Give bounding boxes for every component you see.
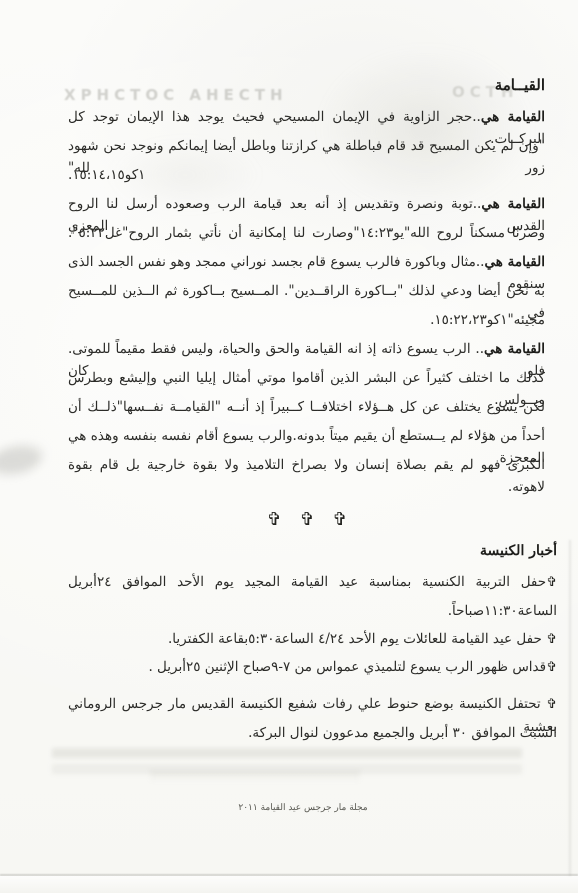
news-item-line: ✞ تحتفل الكنيسة بوضع حنوط علي رفات شفيع …	[68, 693, 557, 717]
cross-bullet-icon: ✞	[546, 660, 557, 675]
paragraph-line: أحداً من هؤلاء لم يــستطع أن يقيم ميتاً …	[68, 425, 545, 449]
paragraph-line: القيامة هي..توبة ونصرة وتقديس إذ أنه بعد…	[68, 193, 545, 217]
bleedthrough-bottom-smudge	[150, 770, 360, 782]
paper-right-edge	[569, 540, 571, 876]
verse-reference-line: ١كو١٥:١٤،١٥.	[68, 164, 545, 188]
paragraph-lead: القيامة هي	[481, 196, 545, 212]
verse-reference: ١كو١٥:١٤،١٥.	[68, 167, 145, 183]
paragraph-line: "وإن لم يكن المسيح قد قام فباطلة هي كراز…	[68, 135, 545, 159]
bleedthrough-coptic-text: ХРНСТОС АНЕСТН	[64, 86, 324, 104]
cross-bullet-icon: ✞	[546, 697, 557, 712]
paragraph-line: به نحن أيضا ودعي لذلك "بــاكورة الراقــد…	[68, 280, 545, 304]
news-item-text: السبت الموافق ٣٠ أبريل والجميع مدعوون لن…	[248, 725, 557, 741]
news-item-text: الساعة١١:٣٠صباحاً.	[448, 603, 557, 619]
paragraph-lead: القيامة هي	[481, 109, 545, 125]
cross-bullet-icon: ✞	[546, 632, 557, 647]
paragraph-line: القيامة هي..مثال وباكورة فالرب يسوع قام …	[68, 251, 545, 275]
paragraph-line: وصرنا مسكناً لروح الله"يو١٤:٢٣"وصارت لنا…	[68, 222, 545, 246]
paragraph-lead: القيامة هي	[484, 254, 545, 270]
paragraph-line: لكن يسوع يختلف عن كل هــؤلاء اختلافــا ك…	[68, 396, 545, 420]
footer-caption: مجلة مار جرجس عيد القيامة ٢٠١١	[14, 803, 578, 813]
news-item-line: السبت الموافق ٣٠ أبريل والجميع مدعوون لن…	[68, 722, 557, 746]
verse-reference: مجيئه"١كو١٥:٢٢،٢٣.	[430, 312, 545, 328]
paper-crease-mark	[0, 442, 42, 477]
scanned-bulletin-page: ХРНСТОС АНЕСТН ОСТН القيــامة القيامة هي…	[0, 0, 578, 893]
news-item-line: الساعة١١:٣٠صباحاً.	[68, 600, 557, 624]
news-item-text: قداس ظهور الرب يسوع لتلميذي عمواس من ٧-٩…	[148, 659, 546, 675]
paragraph-lead: القيامة هي	[484, 341, 545, 357]
verse-reference-line: مجيئه"١كو١٥:٢٢،٢٣.	[68, 309, 545, 333]
triple-cross-separator-icon: ✞ ✞ ✞	[0, 509, 578, 530]
scan-background-strip	[0, 876, 578, 893]
news-item-line: ✞قداس ظهور الرب يسوع لتلميذي عمواس من ٧-…	[68, 656, 557, 680]
news-section-heading: أخبار الكنيسة	[480, 543, 557, 559]
paragraph-text: لكن يسوع يختلف عن كل هــؤلاء اختلافــا ك…	[68, 399, 545, 415]
paragraph-line: الكبرى فهو لم يقم بصلاة إنسان ولا بصراخ …	[68, 454, 545, 478]
paragraph-text: وصرنا مسكناً لروح الله"يو١٤:٢٣"وصارت لنا…	[68, 225, 545, 241]
news-item-text: حفل التربية الكنسية بمناسبة عيد القيامة …	[68, 574, 546, 590]
article-title: القيــامة	[495, 76, 545, 94]
news-item-text: حفل عيد القيامة للعائلات يوم الأحد ٤/٢٤ …	[168, 631, 542, 647]
news-item-line: ✞ حفل عيد القيامة للعائلات يوم الأحد ٤/٢…	[68, 628, 557, 652]
paragraph-text: الكبرى فهو لم يقم بصلاة إنسان ولا بصراخ …	[68, 457, 545, 495]
cross-bullet-icon: ✞	[546, 575, 557, 590]
paragraph-line: كذلك ما اختلف كثيراً عن البشر الذين أقام…	[68, 367, 545, 391]
paragraph-line: القيامة هي..حجر الزاوية في الإيمان المسي…	[68, 106, 545, 130]
news-item-line: ✞حفل التربية الكنسية بمناسبة عيد القيامة…	[68, 571, 557, 595]
paragraph-line: القيامة هي.. الرب يسوع ذاته إذ انه القيا…	[68, 338, 545, 362]
